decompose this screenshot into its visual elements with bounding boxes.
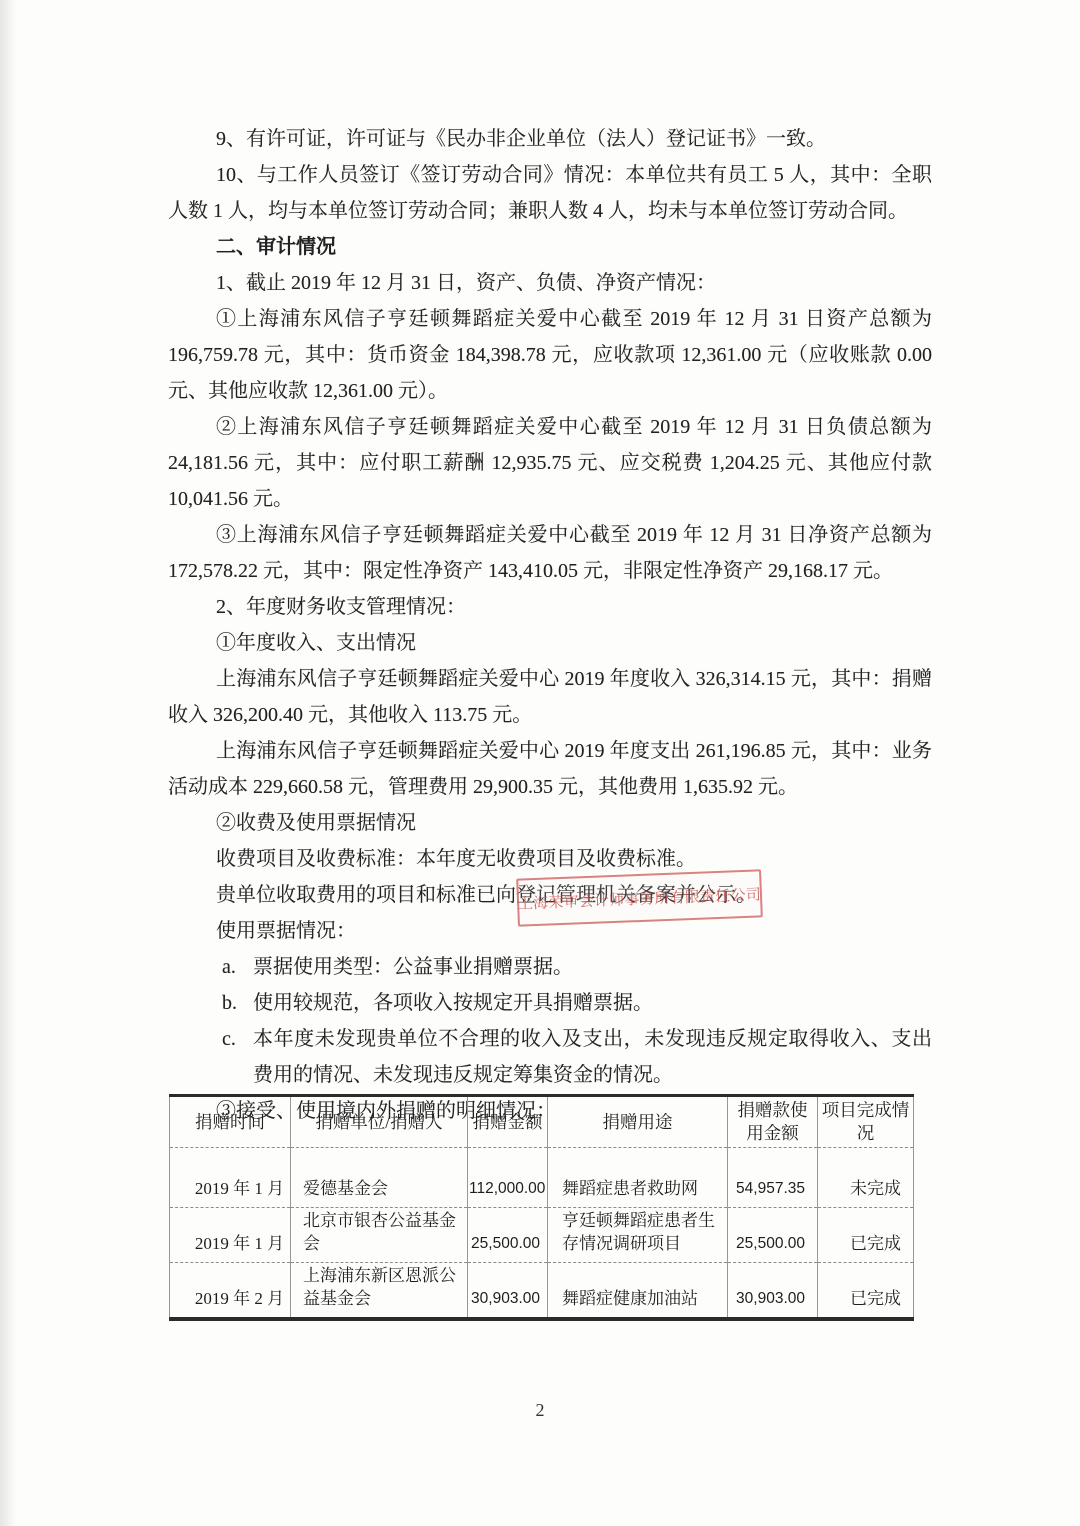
scan-edge-shadow [0,0,16,1526]
paragraph-annual-income: 上海浦东风信子亨廷顿舞蹈症关爱中心 2019 年度收入 326,314.15 元… [168,661,932,733]
cell-donation-time: 2019 年 2 月 [170,1263,291,1320]
cell-project-status: 已完成 [818,1208,914,1263]
paragraph-income-expense-title: ①年度收入、支出情况 [168,625,932,661]
list-marker-c: c. [222,1021,236,1057]
paragraph-labor-contract: 10、与工作人员签订《签订劳动合同》情况：本单位共有员工 5 人，其中：全职人数… [168,157,932,229]
audit-firm-stamp: 上海荣审会计师事务所有限责任公司 [516,869,763,926]
paragraph-finance-intro: 2、年度财务收支管理情况： [168,589,932,625]
cell-donation-amount: 112,000.00 [468,1148,548,1208]
document-body: 9、有许可证，许可证与《民办非企业单位（法人）登记证书》一致。 10、与工作人员… [168,121,932,1129]
column-header-donor: 捐赠单位/捐赠人 [291,1096,468,1148]
audit-firm-stamp-text: 上海荣审会计师事务所有限责任公司 [518,883,762,913]
cell-project-status: 未完成 [818,1148,914,1208]
list-marker-b: b. [222,985,237,1021]
cell-donation-amount: 30,903.00 [468,1263,548,1320]
cell-donation-time: 2019 年 1 月 [170,1148,291,1208]
list-item-a-text: 票据使用类型：公益事业捐赠票据。 [253,956,573,978]
cell-used-amount: 54,957.35 [728,1148,818,1208]
cell-donor: 上海浦东新区恩派公益基金会 [291,1263,468,1320]
column-header-project-status: 项目完成情况 [818,1096,914,1148]
table-row: 2019 年 2 月 上海浦东新区恩派公益基金会 30,903.00 舞蹈症健康… [170,1263,914,1320]
cell-donor: 北京市银杏公益基金会 [291,1208,468,1263]
document-page: 9、有许可证，许可证与《民办非企业单位（法人）登记证书》一致。 10、与工作人员… [0,0,1080,1526]
cell-project-status: 已完成 [818,1263,914,1320]
paragraph-invoice-title: ②收费及使用票据情况 [168,805,932,841]
column-header-used-amount: 捐赠款使用金额 [728,1096,818,1148]
cell-donation-use: 亨廷顿舞蹈症患者生存情况调研项目 [548,1208,728,1263]
list-item-a: a. 票据使用类型：公益事业捐赠票据。 [168,949,932,985]
cell-donation-use: 舞蹈症患者救助网 [548,1148,728,1208]
paragraph-total-assets: ①上海浦东风信子亨廷顿舞蹈症关爱中心截至 2019 年 12 月 31 日资产总… [168,301,932,409]
list-item-b: b. 使用较规范，各项收入按规定开具捐赠票据。 [168,985,932,1021]
paragraph-asset-intro: 1、截止 2019 年 12 月 31 日，资产、负债、净资产情况： [168,265,932,301]
column-header-donation-amount: 捐赠金额 [468,1096,548,1148]
page-number: 2 [0,1400,1080,1421]
list-item-b-text: 使用较规范，各项收入按规定开具捐赠票据。 [253,992,653,1014]
cell-used-amount: 25,500.00 [728,1208,818,1263]
paragraph-license: 9、有许可证，许可证与《民办非企业单位（法人）登记证书》一致。 [168,121,932,157]
section-heading-audit: 二、审计情况 [168,229,932,265]
list-marker-a: a. [222,949,236,985]
list-item-c-text: 本年度未发现贵单位不合理的收入及支出，未发现违反规定取得收入、支出费用的情况、未… [253,1028,932,1086]
list-item-c: c. 本年度未发现贵单位不合理的收入及支出，未发现违反规定取得收入、支出费用的情… [168,1021,932,1093]
column-header-donation-time: 捐赠时间 [170,1096,291,1148]
table-row: 2019 年 1 月 北京市银杏公益基金会 25,500.00 亨廷顿舞蹈症患者… [170,1208,914,1263]
paragraph-fee-standard: 收费项目及收费标准：本年度无收费项目及收费标准。 [168,841,932,877]
donation-table: 捐赠时间 捐赠单位/捐赠人 捐赠金额 捐赠用途 捐赠款使用金额 项目完成情况 2… [169,1094,914,1321]
cell-used-amount: 30,903.00 [728,1263,818,1320]
cell-donor: 爱德基金会 [291,1148,468,1208]
paragraph-liabilities: ②上海浦东风信子亨廷顿舞蹈症关爱中心截至 2019 年 12 月 31 日负债总… [168,409,932,517]
table-row: 2019 年 1 月 爱德基金会 112,000.00 舞蹈症患者救助网 54,… [170,1148,914,1208]
column-header-donation-use: 捐赠用途 [548,1096,728,1148]
cell-donation-amount: 25,500.00 [468,1208,548,1263]
paragraph-net-assets: ③上海浦东风信子亨廷顿舞蹈症关爱中心截至 2019 年 12 月 31 日净资产… [168,517,932,589]
cell-donation-use: 舞蹈症健康加油站 [548,1263,728,1320]
paragraph-annual-expense: 上海浦东风信子亨廷顿舞蹈症关爱中心 2019 年度支出 261,196.85 元… [168,733,932,805]
cell-donation-time: 2019 年 1 月 [170,1208,291,1263]
donation-table-header-row: 捐赠时间 捐赠单位/捐赠人 捐赠金额 捐赠用途 捐赠款使用金额 项目完成情况 [170,1096,914,1148]
